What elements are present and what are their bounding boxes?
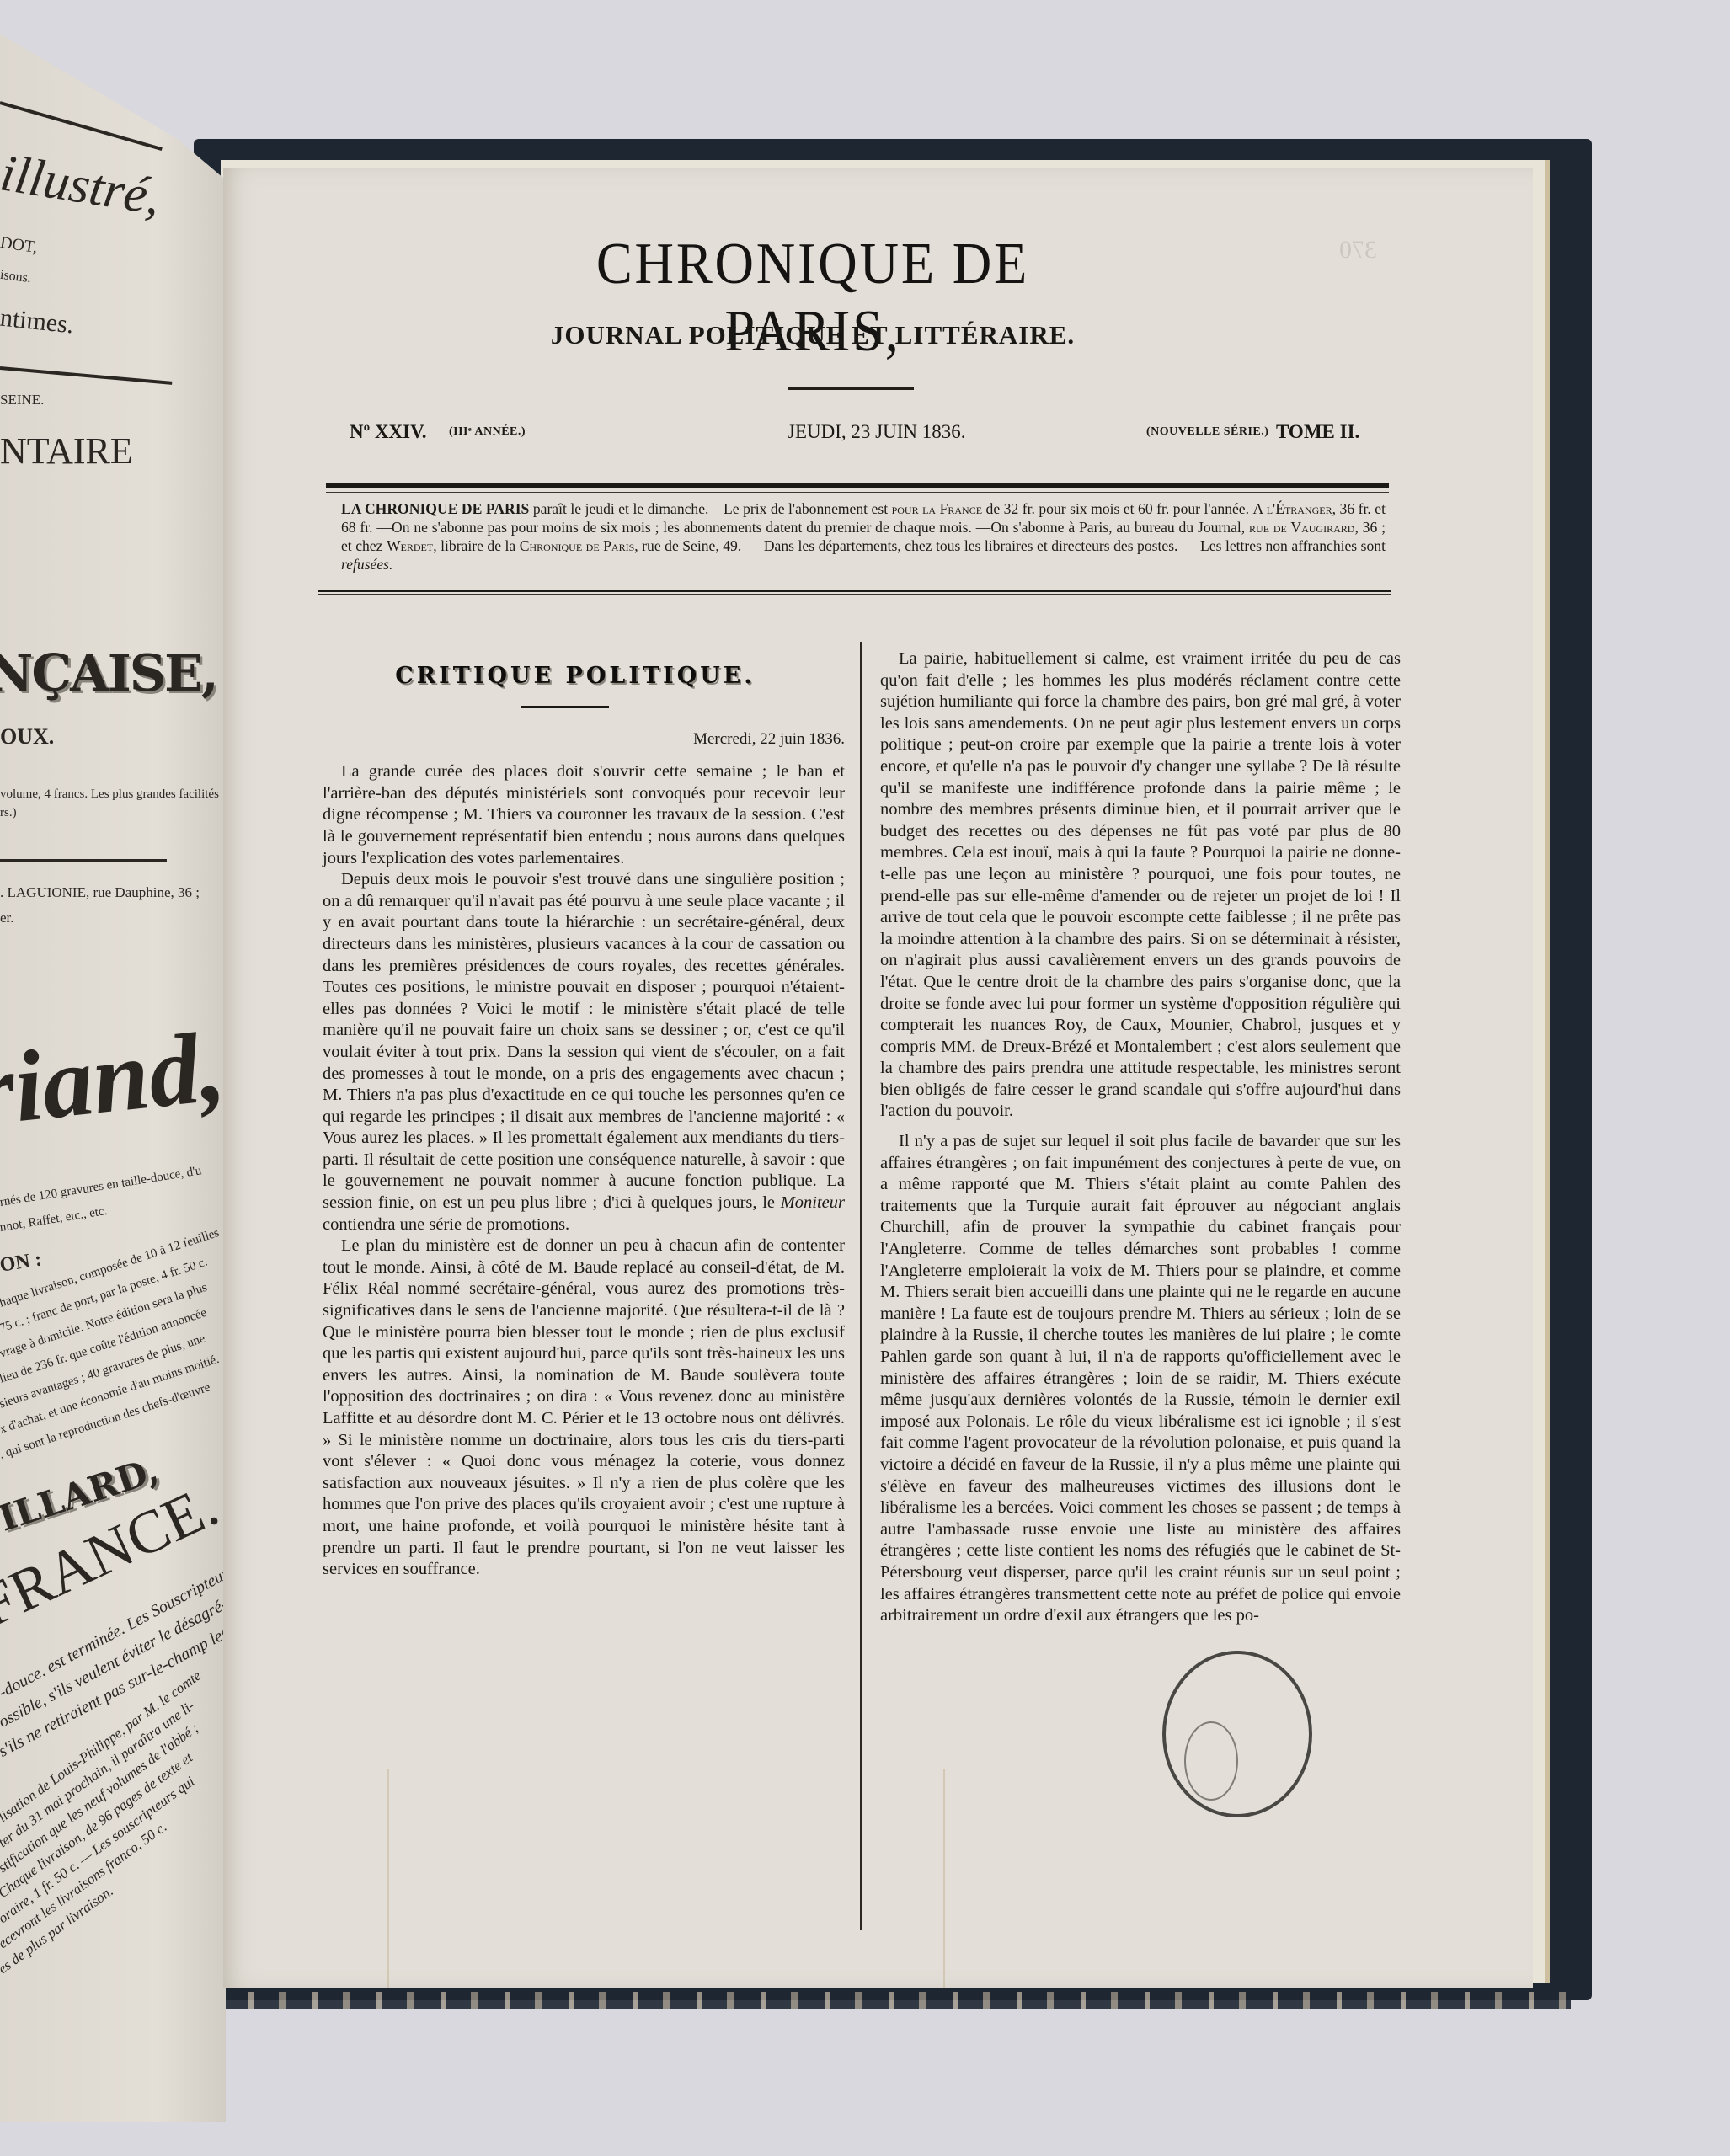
paper-crease bbox=[943, 1769, 945, 1988]
issue-number: Nº XXIV. bbox=[350, 421, 427, 443]
issue-date: JEUDI, 23 JUIN 1836. bbox=[788, 421, 965, 443]
library-stamp bbox=[1162, 1651, 1312, 1817]
show-through-page-number: 370 bbox=[1339, 236, 1377, 264]
column-divider bbox=[860, 642, 862, 1930]
section-title: CRITIQUE POLITIQUE. bbox=[306, 665, 845, 687]
article-paragraph: Le plan du ministère est de donner un pe… bbox=[323, 1235, 845, 1581]
masthead-thin-rule bbox=[326, 492, 1389, 493]
left-page-fragment: NTAIRE bbox=[0, 430, 133, 472]
left-page-fragment: volume, 4 francs. Les plus grandes facil… bbox=[0, 787, 219, 802]
italic-title-moniteur: Moniteur bbox=[781, 1193, 845, 1212]
article-paragraph: Depuis deux mois le pouvoir s'est trouvé… bbox=[323, 869, 845, 1235]
left-page-fragment: rnés de 120 gravures en taille-douce, d'… bbox=[0, 1164, 203, 1210]
rule bbox=[0, 859, 167, 862]
issue-series: (NOUVELLE SÉRIE.) bbox=[1146, 425, 1268, 439]
left-page-fragment: illustré, bbox=[0, 143, 165, 227]
article-column-left: CRITIQUE POLITIQUE. Mercredi, 22 juin 18… bbox=[323, 648, 845, 1581]
paper-crease bbox=[387, 1769, 389, 1988]
left-page-fragment: er. bbox=[0, 910, 14, 926]
section-title-rule bbox=[521, 706, 609, 708]
notice-rule-thin bbox=[318, 594, 1391, 595]
issue-year: (IIIᵉ ANNÉE.) bbox=[449, 425, 526, 439]
masthead-rule bbox=[788, 387, 914, 390]
newspaper-page: 370 CHRONIQUE DE PARIS, JOURNAL POLITIQU… bbox=[223, 168, 1533, 1988]
left-page-fragment: isons. bbox=[0, 268, 32, 286]
rule bbox=[0, 101, 163, 151]
stamp-emblem bbox=[1184, 1721, 1238, 1801]
left-page-fragment: ntimes. bbox=[0, 304, 75, 340]
left-page-fragment: rs.) bbox=[0, 806, 17, 820]
masthead-thick-rule bbox=[326, 483, 1389, 488]
notice-publication-name: LA CHRONIQUE DE PARIS bbox=[341, 500, 529, 517]
left-page-fragment: briand, bbox=[0, 1008, 226, 1155]
article-column-right: La pairie, habituellement si calme, est … bbox=[880, 648, 1401, 1627]
left-page-fragment: ANÇAISE, bbox=[0, 644, 217, 703]
article-dateline: Mercredi, 22 juin 1836. bbox=[323, 728, 845, 750]
left-page-fragment: SEINE. bbox=[0, 392, 44, 408]
left-page-fragment: ON : bbox=[0, 1248, 43, 1277]
left-page-fragment: . LAGUIONIE, rue Dauphine, 36 ; bbox=[0, 884, 200, 901]
article-paragraph: Il n'y a pas de sujet sur lequel il soit… bbox=[880, 1131, 1401, 1627]
left-page-fragment: OUX. bbox=[0, 724, 54, 750]
left-page-fragment: DOT, bbox=[0, 233, 39, 258]
issue-tome: TOME II. bbox=[1276, 421, 1359, 443]
masthead-subtitle: JOURNAL POLITIQUE ET LITTÉRAIRE. bbox=[476, 320, 1150, 350]
article-paragraph: La grande curée des places doit s'ouvrir… bbox=[323, 761, 845, 869]
notice-rule bbox=[318, 590, 1391, 592]
worn-binding-edge bbox=[190, 1992, 1571, 2009]
left-page-fragment: nnot, Raffet, etc., etc. bbox=[0, 1204, 109, 1235]
issue-info-row: Nº XXIV. (IIIᵉ ANNÉE.) JEUDI, 23 JUIN 18… bbox=[350, 421, 1394, 450]
rule bbox=[0, 366, 172, 385]
left-facing-page: illustré, DOT, isons. ntimes. SEINE. NTA… bbox=[0, 34, 226, 2122]
article-paragraph: La pairie, habituellement si calme, est … bbox=[880, 648, 1401, 1123]
subscription-notice: LA CHRONIQUE DE PARIS paraît le jeudi et… bbox=[341, 499, 1386, 574]
